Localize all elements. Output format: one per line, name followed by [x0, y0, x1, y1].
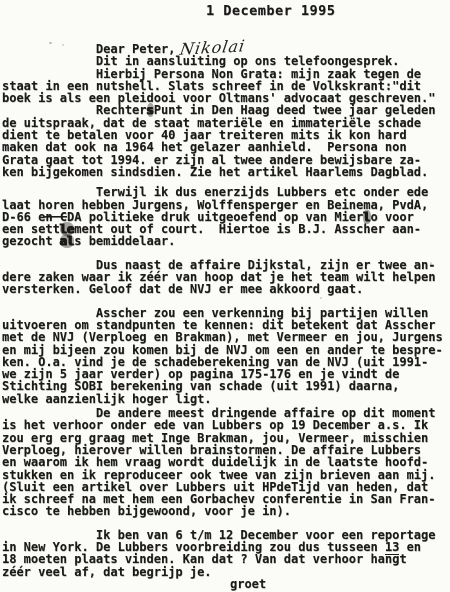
letter-paragraph: De andere meest dringende affaire op dit…	[2, 407, 450, 518]
scan-speck	[414, 79, 417, 81]
typed-text: al	[60, 234, 74, 248]
scan-speck	[320, 297, 322, 299]
letter-line: Terwijl ik dus enerzijds Lubbers etc ond…	[2, 186, 450, 198]
letter-paragraph: Asscher zou een verkenning bij partijen …	[2, 307, 450, 405]
typed-text: s bemiddelaar.	[74, 234, 175, 248]
scanned-letter-page: 1 December 1995 Dear Peter,Nikolai Dit i…	[0, 0, 450, 592]
scan-speck	[430, 262, 432, 265]
letter-date: 1 December 1995	[2, 4, 450, 19]
letter-closing: groet	[2, 578, 450, 590]
handwritten-name: Nikolai	[180, 41, 247, 55]
letter-line: versterken. Geloof dat de NVJ er mee akk…	[2, 283, 450, 295]
letter-line: RechtersPunt in Den Haag deed twee jaar …	[2, 104, 450, 116]
letter-paragraphs: Dear Peter,Nikolai Dit in aansluiting op…	[2, 43, 450, 578]
letter-line: cisco te hebben bijgewoond, voor je in).	[2, 505, 450, 517]
letter-line: maken dat ook na 1964 het gelazer aanhie…	[2, 141, 450, 153]
typed-text: gezocht	[2, 234, 60, 248]
letter-line: ken bijgekomen sindsdien. Zie het artike…	[2, 166, 450, 178]
letter-paragraph: Ik ben van 6 t/m 12 December voor een re…	[2, 529, 450, 578]
letter-line: 18 moeten plaats vinden. Kan dat ? Van d…	[2, 553, 450, 565]
letter-line: en waarom ik hem vraag wordt duidelijk i…	[2, 456, 450, 468]
letter-paragraph: Dear Peter,Nikolai Dit in aansluiting op…	[2, 43, 450, 178]
letter-line: Stichting SOBI berekening van schade (ui…	[2, 380, 450, 392]
letter-line: met de NVJ (Verploeg en Brakman), met Ve…	[2, 331, 450, 343]
scan-speck	[62, 44, 64, 46]
letter-line: zéér veel af, dat begrijp je.	[2, 566, 450, 578]
letter-body: Dear Peter,Nikolai Dit in aansluiting op…	[2, 43, 450, 590]
letter-line: gezocht als bemiddelaar.	[2, 235, 450, 247]
scan-speck	[49, 42, 52, 44]
letter-paragraph: Dus naast de affaire Dijkstal, zijn er t…	[2, 259, 450, 296]
letter-paragraph: Terwijl ik dus enerzijds Lubbers etc ond…	[2, 186, 450, 247]
letter-line: Dit in aansluiting op ons telefoongespre…	[2, 55, 450, 67]
letter-line: en mij bijeen zou komen bij de NVJ om ee…	[2, 344, 450, 356]
scan-speck	[386, 496, 389, 498]
letter-line: is het verhoor onder ede van Lubbers op …	[2, 419, 450, 431]
letter-line: welke aanzienlijk hoger ligt.	[2, 393, 450, 405]
letter-line: stukken en ik reproduceer ook twee van z…	[2, 469, 450, 481]
